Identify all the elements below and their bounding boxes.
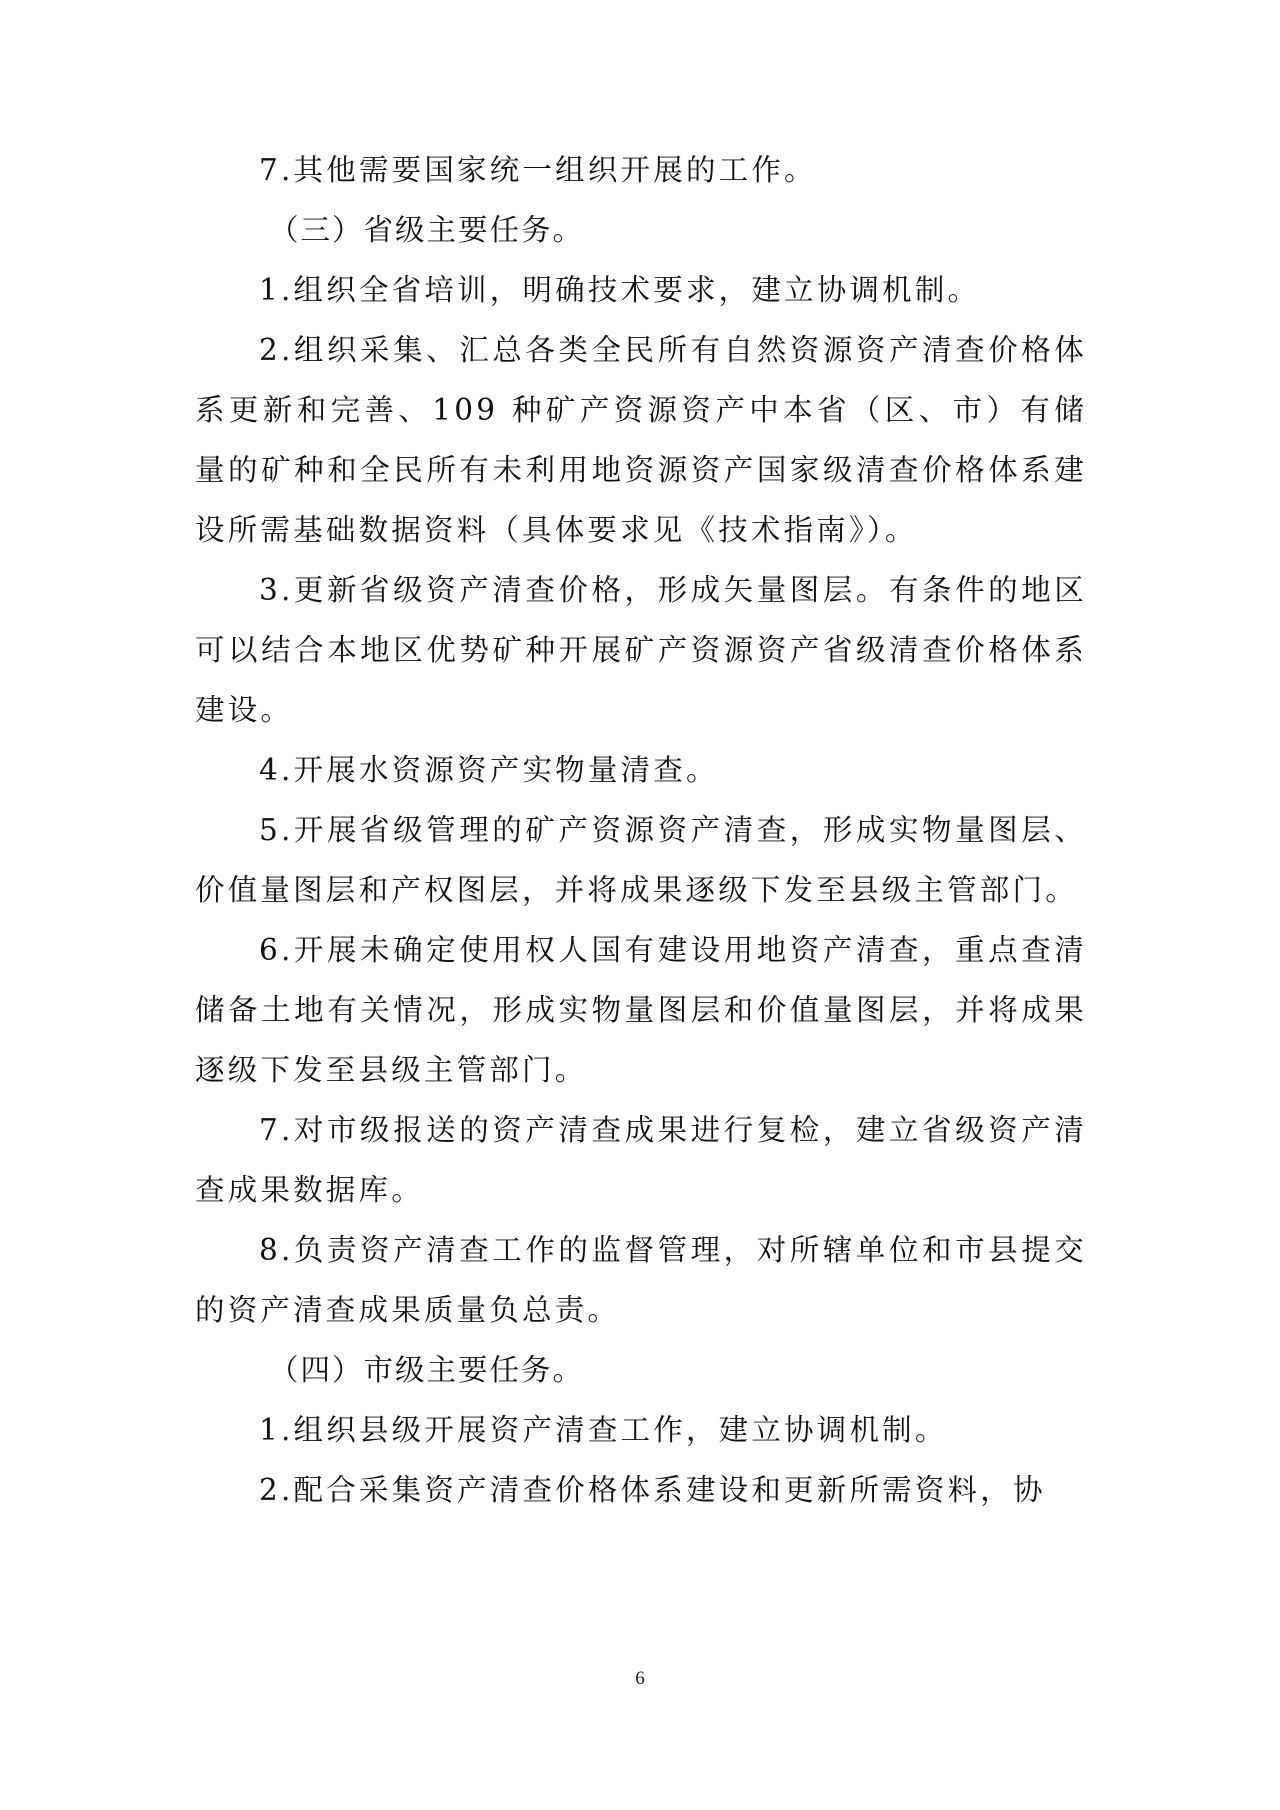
paragraph-provincial-item-8: 8.负责资产清查工作的监督管理，对所辖单位和市县提交的资产清查成果质量负总责。 bbox=[195, 1220, 1087, 1340]
section-heading-municipal-tasks: （四）市级主要任务。 bbox=[195, 1340, 1087, 1400]
section-heading-provincial-tasks: （三）省级主要任务。 bbox=[195, 200, 1087, 260]
paragraph-municipal-item-2: 2.配合采集资产清查价格体系建设和更新所需资料，协 bbox=[195, 1460, 1087, 1520]
document-body: 7.其他需要国家统一组织开展的工作。 （三）省级主要任务。 1.组织全省培训，明… bbox=[195, 140, 1087, 1520]
paragraph-provincial-item-2: 2.组织采集、汇总各类全民所有自然资源资产清查价格体系更新和完善、109 种矿产… bbox=[195, 320, 1087, 560]
paragraph-provincial-item-3: 3.更新省级资产清查价格，形成矢量图层。有条件的地区可以结合本地区优势矿种开展矿… bbox=[195, 560, 1087, 740]
paragraph-item-7-national: 7.其他需要国家统一组织开展的工作。 bbox=[195, 140, 1087, 200]
paragraph-provincial-item-6: 6.开展未确定使用权人国有建设用地资产清查，重点查清储备土地有关情况，形成实物量… bbox=[195, 920, 1087, 1100]
page-number: 6 bbox=[0, 1668, 1280, 1690]
paragraph-provincial-item-1: 1.组织全省培训，明确技术要求，建立协调机制。 bbox=[195, 260, 1087, 320]
document-page: 7.其他需要国家统一组织开展的工作。 （三）省级主要任务。 1.组织全省培训，明… bbox=[0, 0, 1280, 1810]
paragraph-provincial-item-5: 5.开展省级管理的矿产资源资产清查，形成实物量图层、价值量图层和产权图层，并将成… bbox=[195, 800, 1087, 920]
paragraph-municipal-item-1: 1.组织县级开展资产清查工作，建立协调机制。 bbox=[195, 1400, 1087, 1460]
paragraph-provincial-item-4: 4.开展水资源资产实物量清查。 bbox=[195, 740, 1087, 800]
paragraph-provincial-item-7: 7.对市级报送的资产清查成果进行复检，建立省级资产清查成果数据库。 bbox=[195, 1100, 1087, 1220]
